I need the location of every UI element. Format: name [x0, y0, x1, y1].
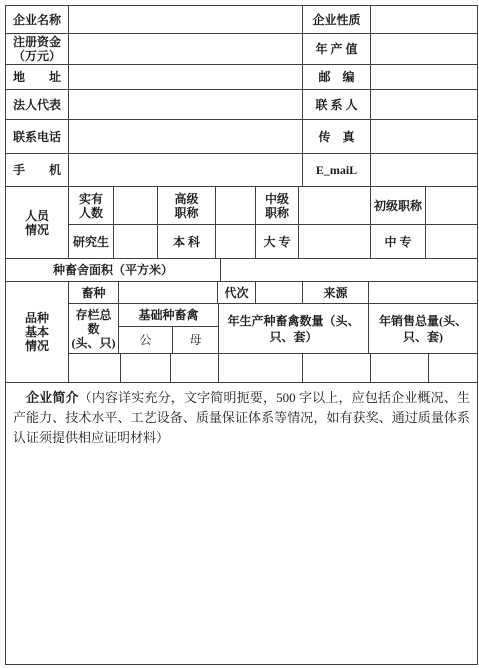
row-species-generation-source: 畜种 代次 来源 — [69, 282, 478, 304]
row-legal-representative: 法人代表 联 系 人 — [6, 90, 478, 120]
label-base-breeding-stock: 基础种畜禽 — [119, 304, 219, 327]
company-profile-cell[interactable]: 企业简介（内容详实充分，文字简明扼要，500 字以上，应包括企业概况、生产能力、… — [6, 383, 478, 665]
label-intermediate-title: 中级 职称 — [256, 187, 299, 225]
input-bachelor[interactable] — [216, 225, 256, 259]
label-personnel: 人员 情况 — [6, 187, 69, 259]
row-mobile: 手 机 E_maiL — [6, 154, 478, 187]
input-annual-output[interactable] — [371, 34, 478, 65]
label-annual-sales: 年销售总量(头、只、套) — [369, 304, 478, 354]
label-mobile: 手 机 — [6, 154, 69, 187]
input-source[interactable] — [369, 282, 478, 304]
row-address: 地 址 邮 编 — [6, 65, 478, 90]
label-breeding-house-area: 种畜舍面积（平方米） — [6, 259, 221, 282]
input-annual-sales-a[interactable] — [371, 354, 429, 383]
label-college: 大 专 — [256, 225, 299, 259]
row-stock-headers: 存栏总 数 (头、只) 基础种畜禽 公 母 年生产种畜禽数量（头、只、套） 年销… — [69, 304, 478, 354]
input-company-name[interactable] — [69, 6, 303, 34]
label-contact-phone: 联系电话 — [6, 120, 69, 154]
label-source: 来源 — [303, 282, 369, 304]
label-male: 公 — [119, 327, 173, 354]
input-annual-sales-b[interactable] — [429, 354, 478, 383]
input-intermediate-title[interactable] — [299, 187, 371, 225]
input-annual-production-a[interactable] — [219, 354, 303, 383]
row-registered-capital: 注册资金 （万元） 年 产 值 — [6, 34, 478, 65]
row-personnel-titles: 实有 人数 高级 职称 中级 职称 初级职称 — [69, 187, 478, 225]
input-base-male[interactable] — [121, 354, 171, 383]
label-email: E_maiL — [303, 154, 371, 187]
label-registered-capital: 注册资金 （万元） — [6, 34, 69, 65]
label-breed-info: 品种 基本 情况 — [6, 282, 69, 383]
label-legal-representative: 法人代表 — [6, 90, 69, 120]
row-company-name: 企业名称 企业性质 — [6, 6, 478, 34]
input-base-female[interactable] — [171, 354, 219, 383]
label-contact-person: 联 系 人 — [303, 90, 371, 120]
label-annual-output: 年 产 值 — [303, 34, 371, 65]
row-contact-phone: 联系电话 传 真 — [6, 120, 478, 154]
row-stock-values — [69, 354, 478, 383]
label-fax: 传 真 — [303, 120, 371, 154]
input-postgraduate[interactable] — [114, 225, 158, 259]
label-senior-title: 高级 职称 — [158, 187, 216, 225]
input-breeding-house-area[interactable] — [221, 259, 478, 282]
input-annual-production-b[interactable] — [303, 354, 371, 383]
section-personnel: 人员 情况 实有 人数 高级 职称 中级 职称 初级职称 研究生 本 科 — [6, 187, 478, 259]
input-generation[interactable] — [256, 282, 303, 304]
form-page: 企业名称 企业性质 注册资金 （万元） 年 产 值 地 址 邮 编 法人代表 联… — [0, 0, 479, 668]
section-breed-info: 品种 基本 情况 畜种 代次 来源 存栏总 数 (头、只) 基础种畜禽 公 — [6, 282, 478, 383]
input-legal-representative[interactable] — [69, 90, 303, 120]
input-email[interactable] — [371, 154, 478, 187]
input-fax[interactable] — [371, 120, 478, 154]
input-address[interactable] — [69, 65, 303, 90]
profile-body: （内容详实充分，文字简明扼要，500 字以上，应包括企业概况、生产能力、技术水平… — [13, 390, 470, 445]
label-annual-production: 年生产种畜禽数量（头、只、套） — [219, 304, 369, 354]
input-company-type[interactable] — [371, 6, 478, 34]
company-profile-text: 企业简介（内容详实充分，文字简明扼要，500 字以上，应包括企业概况、生产能力、… — [13, 388, 470, 448]
input-postal-code[interactable] — [371, 65, 478, 90]
row-breeding-house-area: 种畜舍面积（平方米） — [6, 259, 478, 282]
enterprise-form-table: 企业名称 企业性质 注册资金 （万元） 年 产 值 地 址 邮 编 法人代表 联… — [5, 5, 478, 665]
label-postgraduate: 研究生 — [69, 225, 114, 259]
input-total-stock[interactable] — [69, 354, 121, 383]
label-female: 母 — [173, 327, 219, 354]
input-registered-capital[interactable] — [69, 34, 303, 65]
input-mobile[interactable] — [69, 154, 303, 187]
label-postal-code: 邮 编 — [303, 65, 371, 90]
label-address: 地 址 — [6, 65, 69, 90]
input-contact-phone[interactable] — [69, 120, 303, 154]
input-senior-title[interactable] — [216, 187, 256, 225]
label-company-type: 企业性质 — [303, 6, 371, 34]
label-technical-secondary: 中 专 — [371, 225, 426, 259]
label-bachelor: 本 科 — [158, 225, 216, 259]
label-junior-title: 初级职称 — [371, 187, 426, 225]
label-actual-headcount: 实有 人数 — [69, 187, 114, 225]
label-company-name: 企业名称 — [6, 6, 69, 34]
profile-title: 企业简介 — [26, 390, 79, 405]
input-actual-headcount[interactable] — [114, 187, 158, 225]
section-company-profile: 企业简介（内容详实充分，文字简明扼要，500 字以上，应包括企业概况、生产能力、… — [6, 383, 478, 665]
row-personnel-education: 研究生 本 科 大 专 中 专 — [69, 225, 478, 259]
label-livestock-species: 畜种 — [69, 282, 119, 304]
input-technical-secondary[interactable] — [426, 225, 478, 259]
input-contact-person[interactable] — [371, 90, 478, 120]
label-generation: 代次 — [218, 282, 256, 304]
input-livestock-species[interactable] — [119, 282, 218, 304]
input-junior-title[interactable] — [426, 187, 478, 225]
label-total-stock: 存栏总 数 (头、只) — [69, 304, 119, 354]
input-college[interactable] — [299, 225, 371, 259]
